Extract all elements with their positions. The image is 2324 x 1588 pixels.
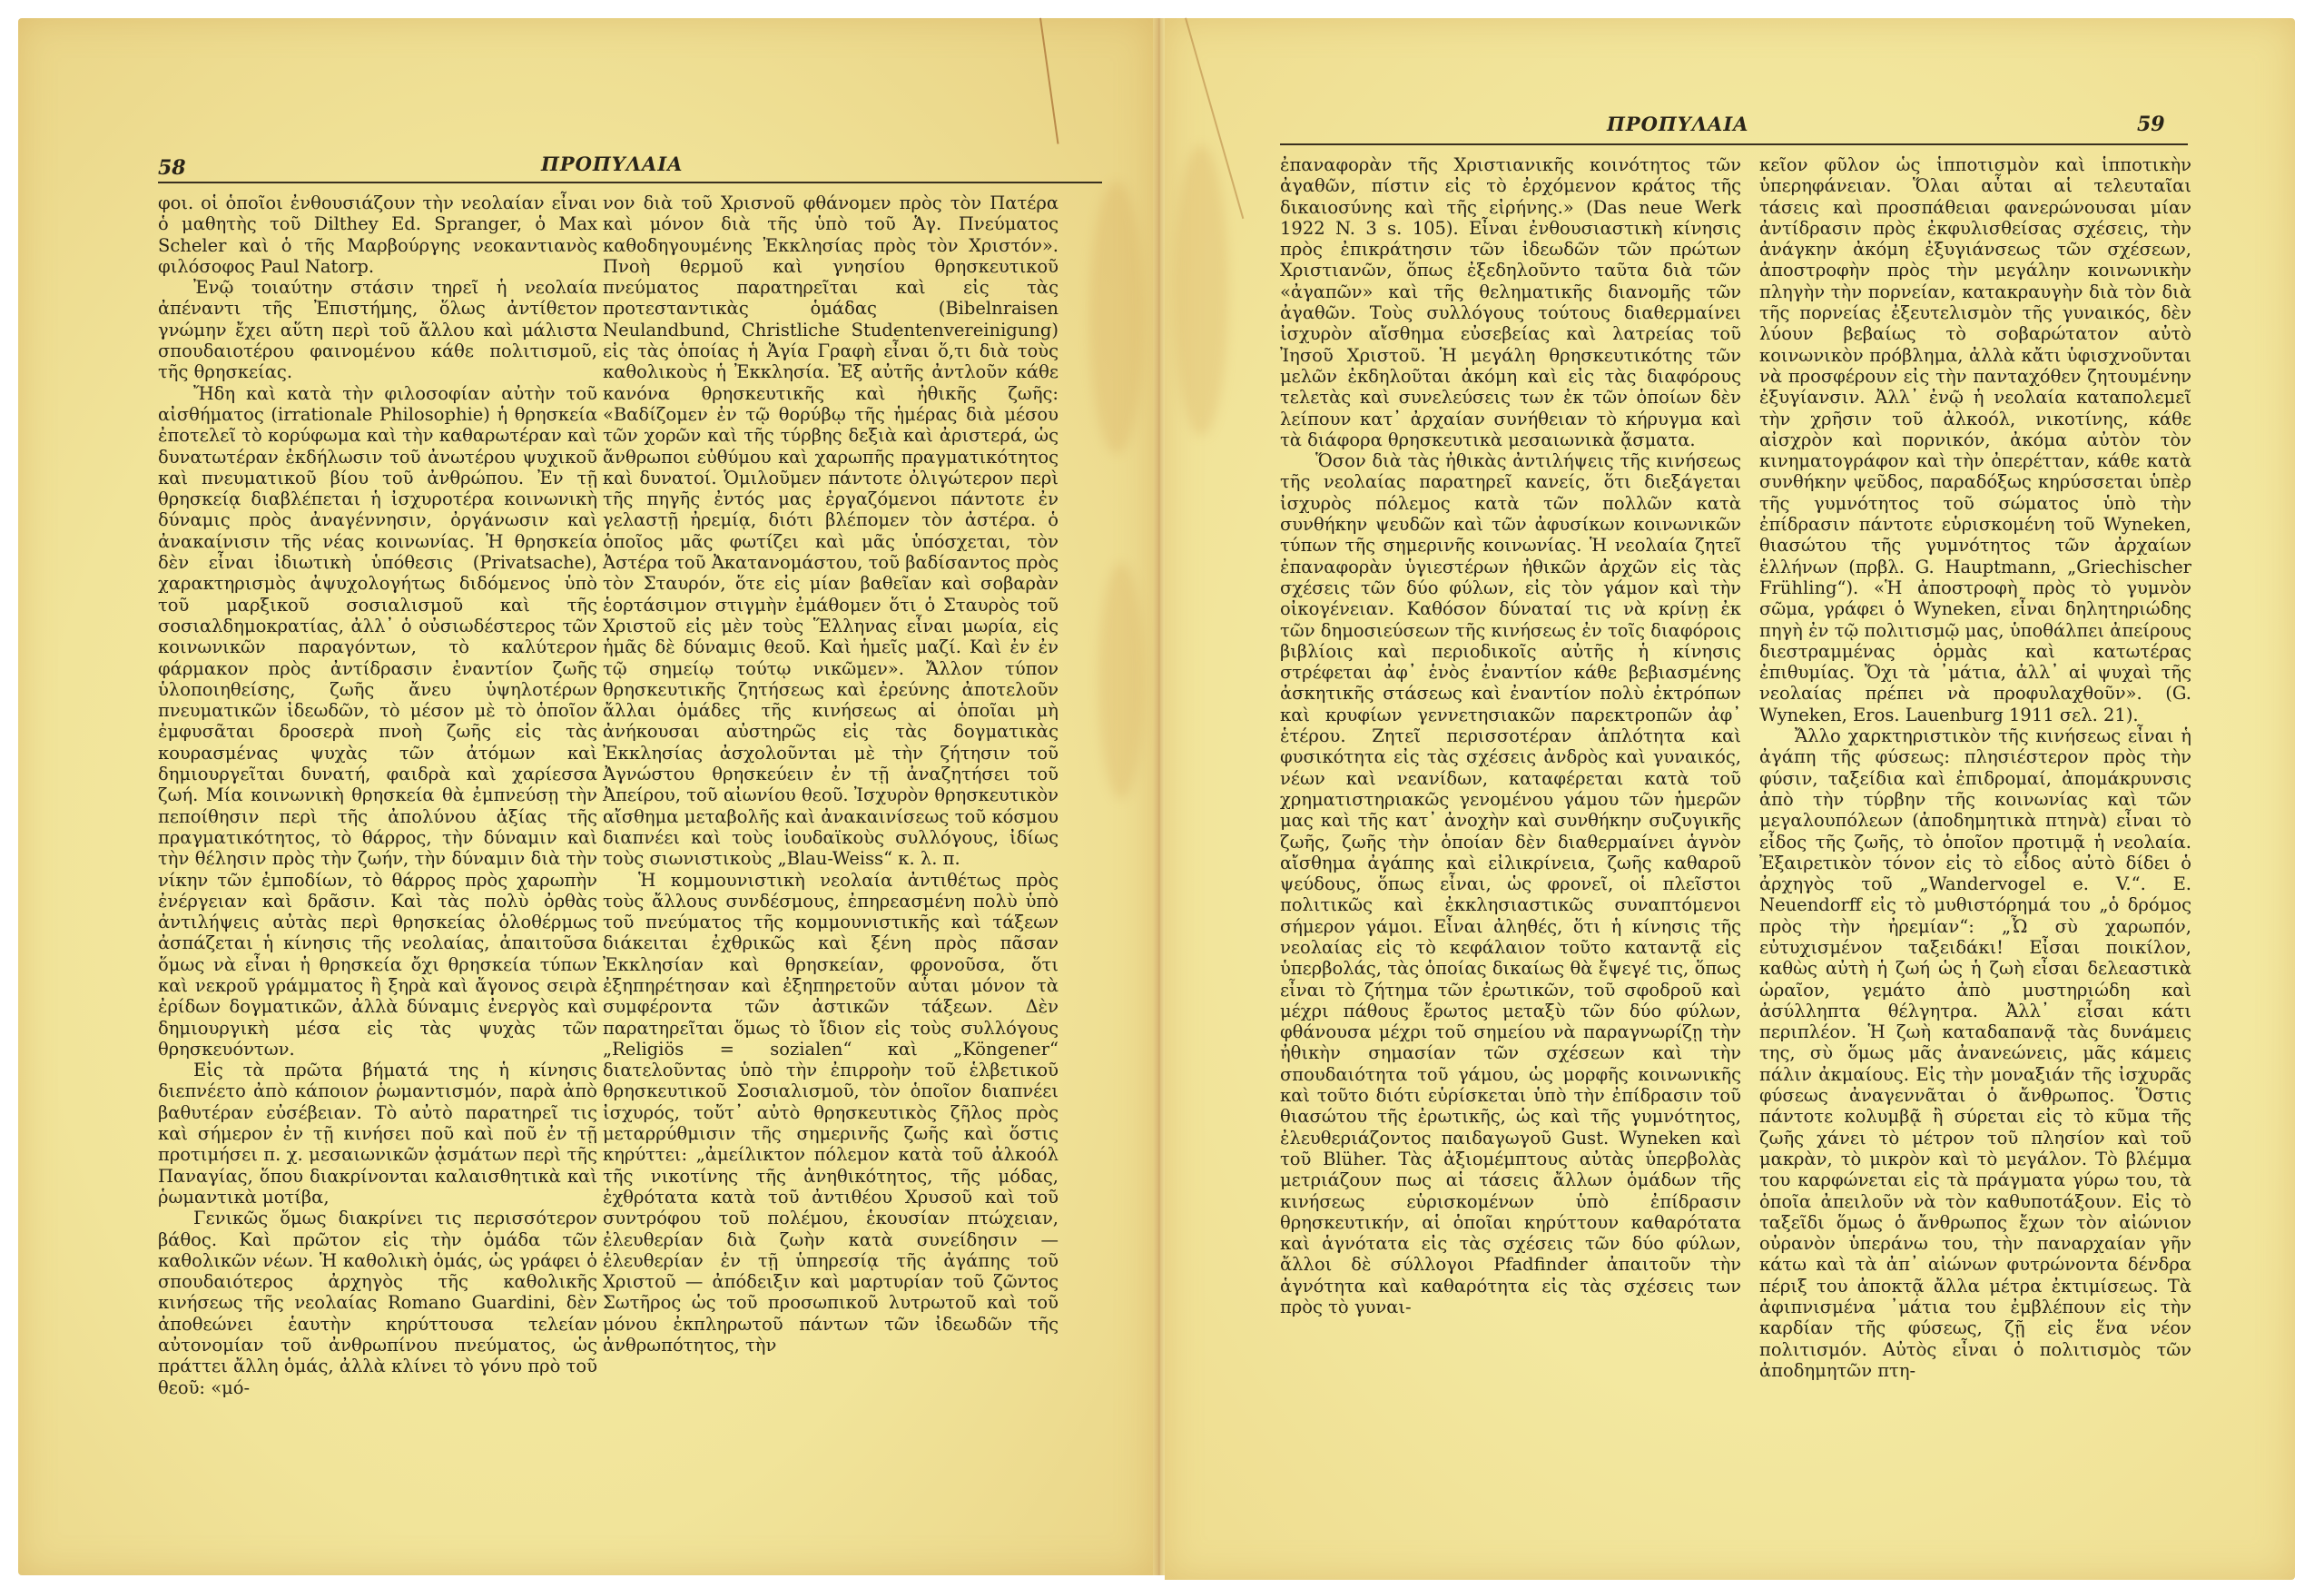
paragraph: κεῖον φῦλον ὡς ἱπποτισμὸν καὶ ἱπποτικὴν …	[1759, 154, 2191, 725]
right-page-column-2: κεῖον φῦλον ὡς ἱπποτισμὸν καὶ ἱπποτικὴν …	[1759, 154, 2191, 1381]
water-stain	[1098, 563, 1144, 799]
paragraph: Ὅσον διὰ τὰς ἠθικὰς ἀντιλήψεις τῆς κινήσ…	[1280, 450, 1741, 1317]
book-spread: 58 ΠΡΟΠΥΛΑΙΑ φοι. οἱ ὁποῖοι ἐνθουσιάζουν…	[0, 0, 2324, 1588]
left-page-column-2: νον διὰ τοῦ Χρισνοῦ φθάνομεν πρὸς τὸν Πα…	[603, 192, 1059, 1356]
paragraph: Ἡ κομμουνιστικὴ νεολαία ἀντιθέτως πρὸς τ…	[603, 870, 1059, 1356]
right-page-column-1: ἐπαναφορὰν τῆς Χριστιανικῆς κοινότητος τ…	[1280, 154, 1741, 1317]
page-number-right: 59	[2137, 113, 2165, 136]
header-rule-right	[1280, 143, 2188, 145]
paragraph: Εἰς τὰ πρῶτα βήματά της ἡ κίνησις διεπνέ…	[158, 1060, 597, 1208]
running-head-left: ΠΡΟΠΥΛΑΙΑ	[541, 153, 683, 175]
page-number-left: 58	[158, 156, 186, 180]
paragraph: νον διὰ τοῦ Χρισνοῦ φθάνομεν πρὸς τὸν Πα…	[603, 192, 1059, 870]
header-rule-left	[158, 182, 1102, 183]
paragraph: ἐπαναφορὰν τῆς Χριστιανικῆς κοινότητος τ…	[1280, 154, 1741, 450]
left-page-column-1: φοι. οἱ ὁποῖοι ἐνθουσιάζουν τὴν νεολαίαν…	[158, 192, 597, 1398]
paragraph: Ἐνῷ τοιαύτην στάσιν τηρεῖ ἡ νεολαία ἀπέν…	[158, 277, 597, 382]
paragraph: Ἤδη καὶ κατὰ τὴν φιλοσοφίαν αὐτὴν τοῦ αἰ…	[158, 383, 597, 1060]
running-head-right: ΠΡΟΠΥΛΑΙΑ	[1607, 113, 1748, 135]
water-stain	[1089, 182, 1144, 454]
paragraph: Ἄλλο χαρκτηριστικὸν τῆς κινήσεως εἶναι ἡ…	[1759, 725, 2191, 1381]
center-fold	[1153, 18, 1166, 1575]
water-stain	[1174, 145, 1228, 436]
paragraph: φοι. οἱ ὁποῖοι ἐνθουσιάζουν τὴν νεολαίαν…	[158, 192, 597, 277]
paragraph: Γενικῶς ὅμως διακρίνει τις περισσότερον …	[158, 1208, 597, 1398]
